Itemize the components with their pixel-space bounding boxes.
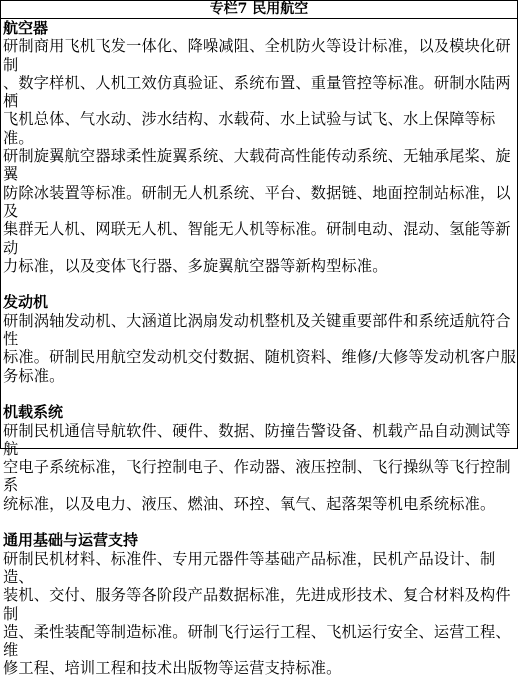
spacer [3,385,517,403]
text-line: 研制旋翼航空器球柔性旋翼系统、大载荷高性能传动系统、无轴承尾桨、旋翼 [3,147,517,184]
section-aircraft: 航空器 研制商用飞机飞发一体化、降噪减阻、全机防火等设计标准，以及模块化研制 、… [3,19,517,275]
text-line: 务标准。 [3,367,517,385]
text-line: 飞机总体、气水动、涉水结构、水载荷、水上试验与试飞、水上保障等标准。 [3,110,517,147]
section-heading: 发动机 [3,293,517,311]
section-airborne-systems: 机载系统 研制民机通信导航软件、硬件、数据、防撞告警设备、机载产品自动测试等航 … [3,403,517,451]
text-line: 集群无人机、网联无人机、智能无人机等标准。研制电动、混动、氢能等新动 [3,220,517,257]
spacer [3,275,517,293]
text-line: 研制民机通信导航软件、硬件、数据、防撞告警设备、机载产品自动测试等航 [3,422,517,451]
section-heading: 航空器 [3,19,517,37]
text-line: 研制涡轴发动机、大涵道比涡扇发动机整机及关键重要部件和系统适航符合性 [3,312,517,349]
text-line: 、数字样机、人机工效仿真验证、系统布置、重量管控等标准。研制水陆两栖 [3,74,517,111]
text-line: 标准。研制民用航空发动机交付数据、随机资料、维修/大修等发动机客户服 [3,348,517,366]
text-line: 研制商用飞机飞发一体化、降噪减阻、全机防火等设计标准，以及模块化研制 [3,37,517,74]
column-content: 航空器 研制商用飞机飞发一体化、降噪减阻、全机防火等设计标准，以及模块化研制 、… [1,19,517,451]
section-engine: 发动机 研制涡轴发动机、大涵道比涡扇发动机整机及关键重要部件和系统适航符合性 标… [3,293,517,384]
text-line: 力标准，以及变体飞行器、多旋翼航空器等新构型标准。 [3,257,517,275]
column-box: 专栏7 民用航空 航空器 研制商用飞机飞发一体化、降噪减阻、全机防火等设计标准，… [0,0,518,449]
column-title: 专栏7 民用航空 [1,1,517,19]
section-heading: 机载系统 [3,403,517,421]
text-line: 防除冰装置等标准。研制无人机系统、平台、数据链、地面控制站标准，以及 [3,184,517,221]
